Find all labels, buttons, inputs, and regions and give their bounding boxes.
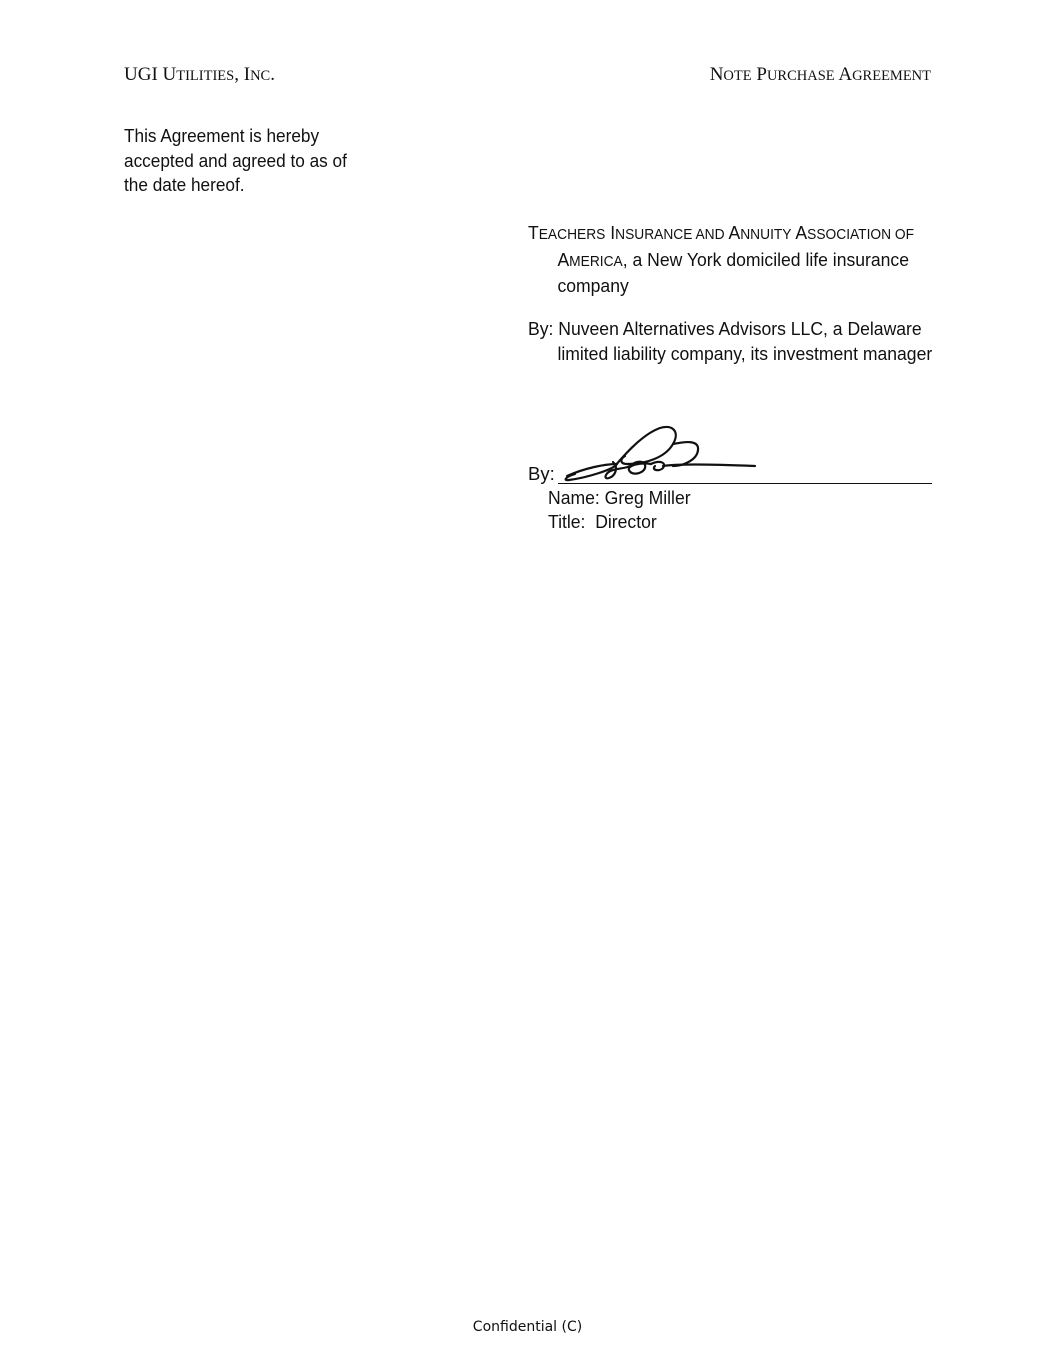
signatory-name: Name: Greg Miller	[548, 486, 691, 511]
by-label: By:	[528, 462, 555, 487]
header-document-title: NOTE PURCHASE AGREEMENT	[710, 64, 931, 87]
handwritten-signature	[555, 424, 765, 486]
signatory-title: Title: Director	[548, 510, 657, 535]
investment-manager-block: By: Nuveen Alternatives Advisors LLC, a …	[528, 317, 937, 366]
lender-name-block: TEACHERS INSURANCE AND ANNUITY ASSOCIATI…	[528, 221, 937, 299]
acceptance-statement: This Agreement is hereby accepted and ag…	[124, 124, 366, 198]
confidentiality-footer: Confidential (C)	[0, 1319, 1055, 1335]
header-company-name: UGI UTILITIES, INC.	[124, 64, 275, 87]
